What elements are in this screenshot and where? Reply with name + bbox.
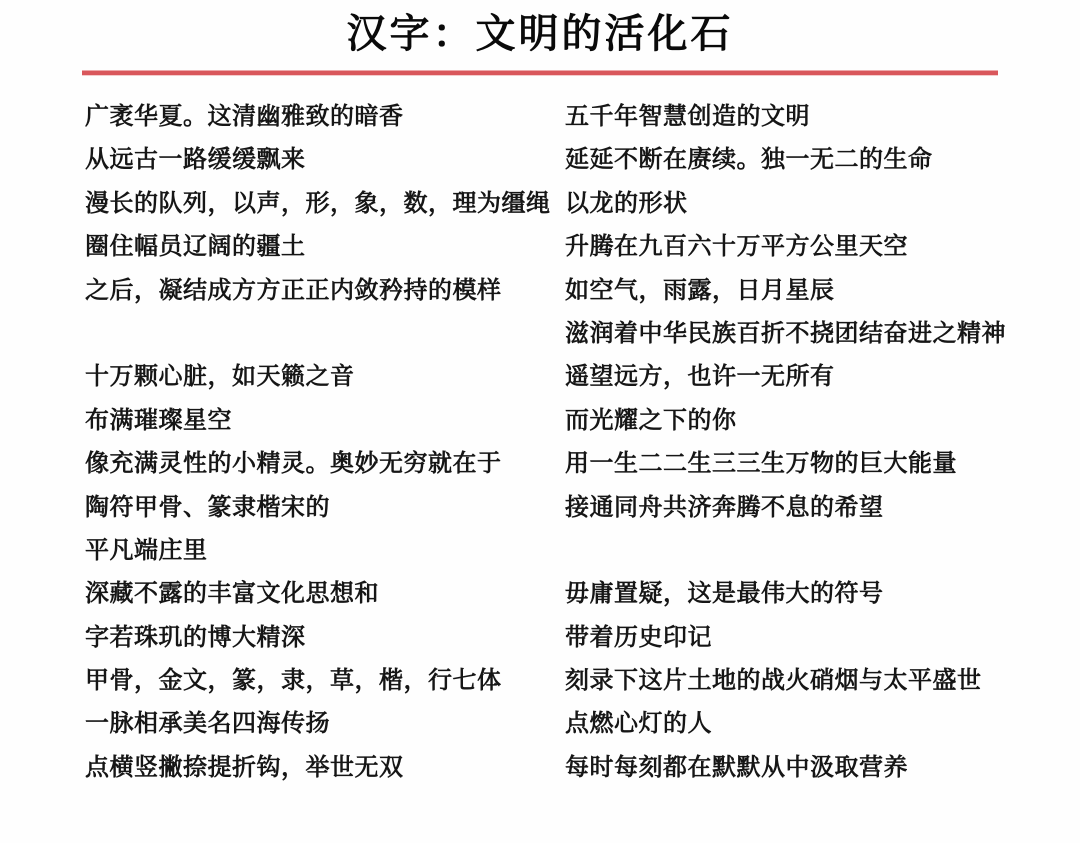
poem-line: 以龙的形状 — [565, 183, 1080, 226]
poem-line: 刻录下这片土地的战火硝烟与太平盛世 — [565, 660, 1080, 703]
poem-line: 五千年智慧创造的文明 — [565, 96, 1080, 139]
poem-line: 滋润着中华民族百折不挠团结奋进之精神 — [565, 313, 1080, 356]
poem-line: 每时每刻都在默默从中汲取营养 — [565, 747, 1080, 790]
poem-line: 一脉相承美名四海传扬 — [85, 703, 565, 746]
poem-line: 甲骨，金文，篆，隶，草，楷，行七体 — [85, 660, 565, 703]
page-title: 汉字：文明的活化石 — [0, 0, 1080, 58]
poem-line: 带着历史印记 — [565, 617, 1080, 660]
poem-line: 布满璀璨星空 — [85, 400, 565, 443]
poem-line: 点横竖撇捺提折钩，举世无双 — [85, 747, 565, 790]
document-page: 汉字：文明的活化石 广袤华夏。这清幽雅致的暗香 从远古一路缓缓飘来 漫长的队列，… — [0, 0, 1080, 843]
poem-line: 圈住幅员辽阔的疆土 — [85, 226, 565, 269]
poem-line: 而光耀之下的你 — [565, 400, 1080, 443]
poem-line: 深藏不露的丰富文化思想和 — [85, 573, 565, 616]
poem-column-left: 广袤华夏。这清幽雅致的暗香 从远古一路缓缓飘来 漫长的队列，以声，形，象，数，理… — [85, 96, 565, 790]
poem-line-blank — [85, 313, 565, 356]
poem-line: 点燃心灯的人 — [565, 703, 1080, 746]
poem-line: 十万颗心脏，如天籁之音 — [85, 356, 565, 399]
poem-line: 之后，凝结成方方正正内敛矜持的模样 — [85, 270, 565, 313]
poem-line: 遥望远方，也许一无所有 — [565, 356, 1080, 399]
poem-line: 从远古一路缓缓飘来 — [85, 139, 565, 182]
poem-line: 毋庸置疑，这是最伟大的符号 — [565, 573, 1080, 616]
poem-line: 用一生二二生三三生万物的巨大能量 — [565, 443, 1080, 486]
poem-column-right: 五千年智慧创造的文明 延延不断在赓续。独一无二的生命 以龙的形状 升腾在九百六十… — [565, 96, 1080, 790]
poem-line: 广袤华夏。这清幽雅致的暗香 — [85, 96, 565, 139]
poem-columns: 广袤华夏。这清幽雅致的暗香 从远古一路缓缓飘来 漫长的队列，以声，形，象，数，理… — [0, 96, 1080, 790]
title-divider — [82, 71, 998, 75]
poem-line: 延延不断在赓续。独一无二的生命 — [565, 139, 1080, 182]
poem-line-blank — [565, 530, 1080, 573]
poem-line: 平凡端庄里 — [85, 530, 565, 573]
poem-line: 字若珠玑的博大精深 — [85, 617, 565, 660]
poem-line: 接通同舟共济奔腾不息的希望 — [565, 487, 1080, 530]
poem-line: 像充满灵性的小精灵。奥妙无穷就在于 — [85, 443, 565, 486]
poem-line: 陶符甲骨、篆隶楷宋的 — [85, 487, 565, 530]
poem-line: 如空气，雨露，日月星辰 — [565, 270, 1080, 313]
poem-line: 漫长的队列，以声，形，象，数，理为缰绳 — [85, 183, 565, 226]
poem-line: 升腾在九百六十万平方公里天空 — [565, 226, 1080, 269]
